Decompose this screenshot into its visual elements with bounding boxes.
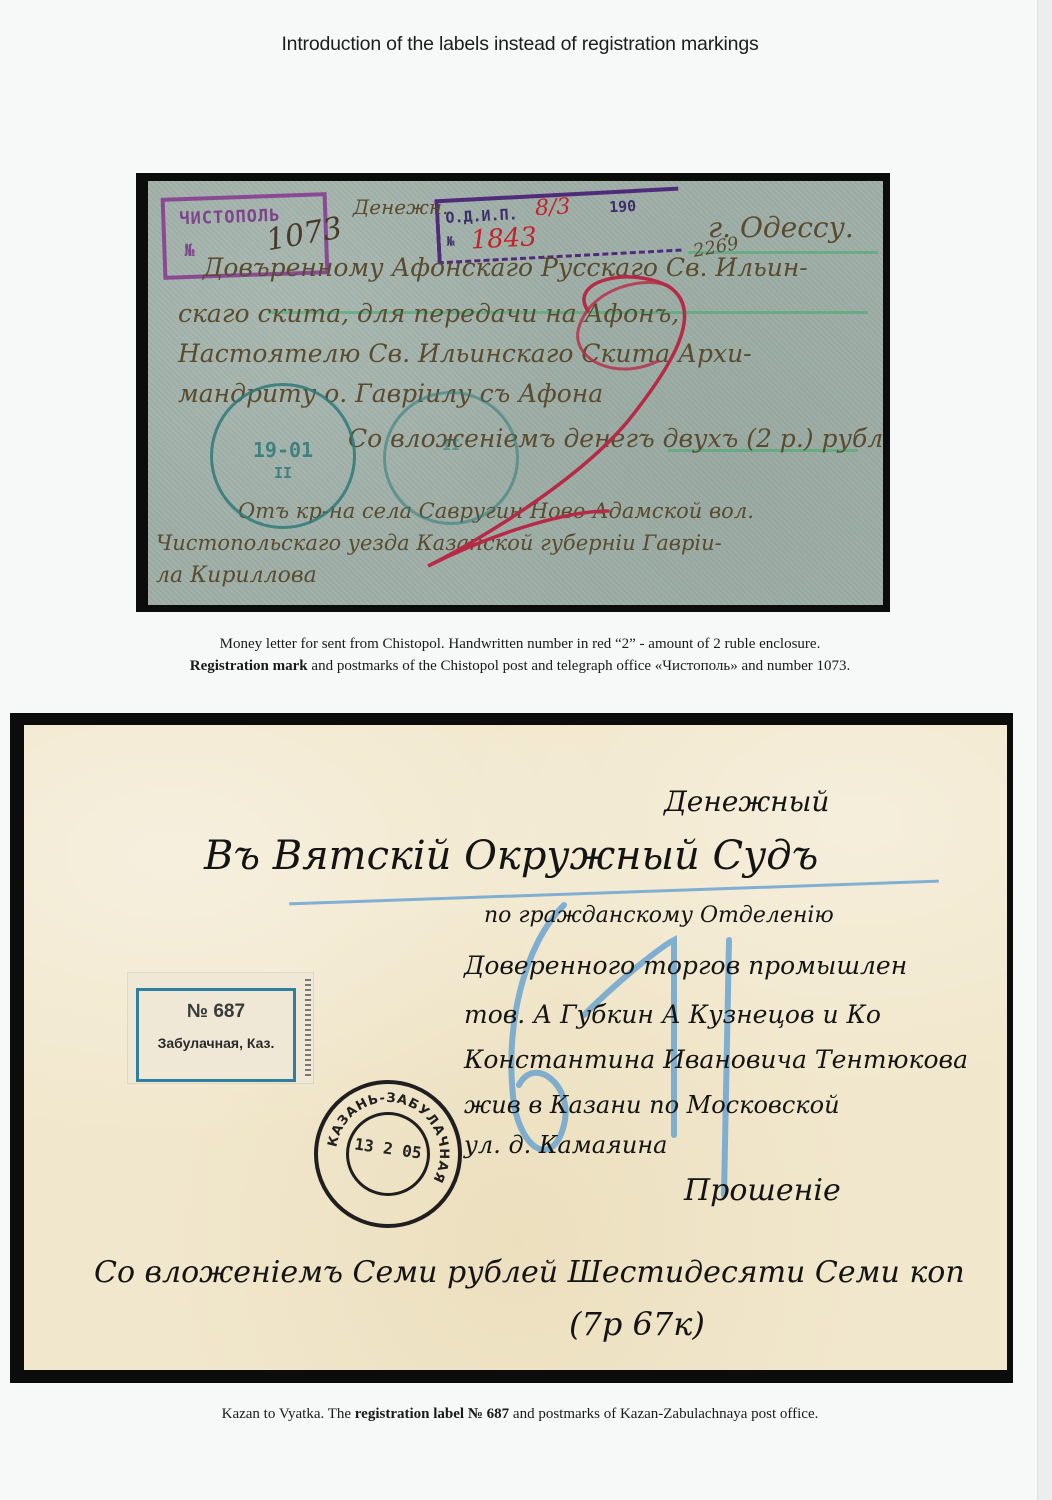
caption-suffix: and postmarks of Kazan-Zabulachnaya post… [509, 1406, 818, 1422]
caption-cover2: Kazan to Vyatka. The registration label … [0, 1403, 1040, 1425]
handwriting-line: Денежный [664, 785, 829, 818]
registration-label-border: № 687 Забулачная, Каз. [136, 988, 296, 1082]
caption-bold: registration label № 687 [355, 1406, 509, 1422]
postmark-kazan-zabulachnaya: КАЗАНЬ-ЗАБУЛАЧНАЯ 13 2 05 [314, 1080, 462, 1228]
handwriting-line: по гражданскому Отделенію [484, 903, 834, 928]
registration-label-place: Забулачная, Каз. [139, 1035, 293, 1051]
registration-label-number: № 687 [139, 1001, 293, 1023]
page-title: Introduction of the labels instead of re… [0, 33, 1040, 56]
handwriting-line: Прошеніе [684, 1173, 841, 1208]
handwriting-line: Въ Вятскій Окружный Судъ [204, 833, 818, 879]
postmark-date: 13 2 05 [348, 1134, 428, 1164]
cover2-envelope: Денежный Въ Вятскій Окружный Судъ по гра… [24, 725, 1007, 1370]
registration-label: № 687 Забулачная, Каз. [128, 973, 313, 1083]
cover2-mount: Денежный Въ Вятскій Окружный Судъ по гра… [10, 713, 1013, 1383]
handwriting-line: тов. А Губкин А Кузнецов и Ко [464, 1000, 881, 1029]
handwriting-line: ул. д. Камаяина [464, 1131, 667, 1159]
cover1-mount: ЧИСТОПОЛЬ № 1073 О.Д.И.П. 8/3 190 № 1843… [136, 173, 890, 612]
caption-rest: and postmarks of the Chistopol post and … [308, 658, 851, 674]
page-edge [1037, 0, 1052, 1500]
handwriting-line: Со вложеніемъ Семи рублей Шестидесяти Се… [94, 1255, 965, 1290]
perforation [305, 979, 311, 1079]
red-numeral-2 [148, 181, 883, 605]
handwriting-line: Доверенного торгов промышлен [464, 951, 907, 980]
caption-cover1-line2: Registration mark and postmarks of the C… [0, 655, 1040, 677]
cover1-envelope: ЧИСТОПОЛЬ № 1073 О.Д.И.П. 8/3 190 № 1843… [148, 181, 883, 605]
caption-cover1: Money letter for sent from Chistopol. Ha… [0, 633, 1040, 677]
caption-cover1-line1: Money letter for sent from Chistopol. Ha… [0, 633, 1040, 655]
caption-prefix: Kazan to Vyatka. The [222, 1406, 355, 1422]
handwriting-line: жив в Казани по Московской [464, 1091, 840, 1119]
postmark-inner-circle: 13 2 05 [346, 1112, 430, 1196]
handwriting-line: Константина Ивановича Тентюкова [464, 1045, 968, 1074]
handwriting-line: (7р 67к) [569, 1305, 705, 1343]
caption-bold: Registration mark [190, 658, 308, 674]
